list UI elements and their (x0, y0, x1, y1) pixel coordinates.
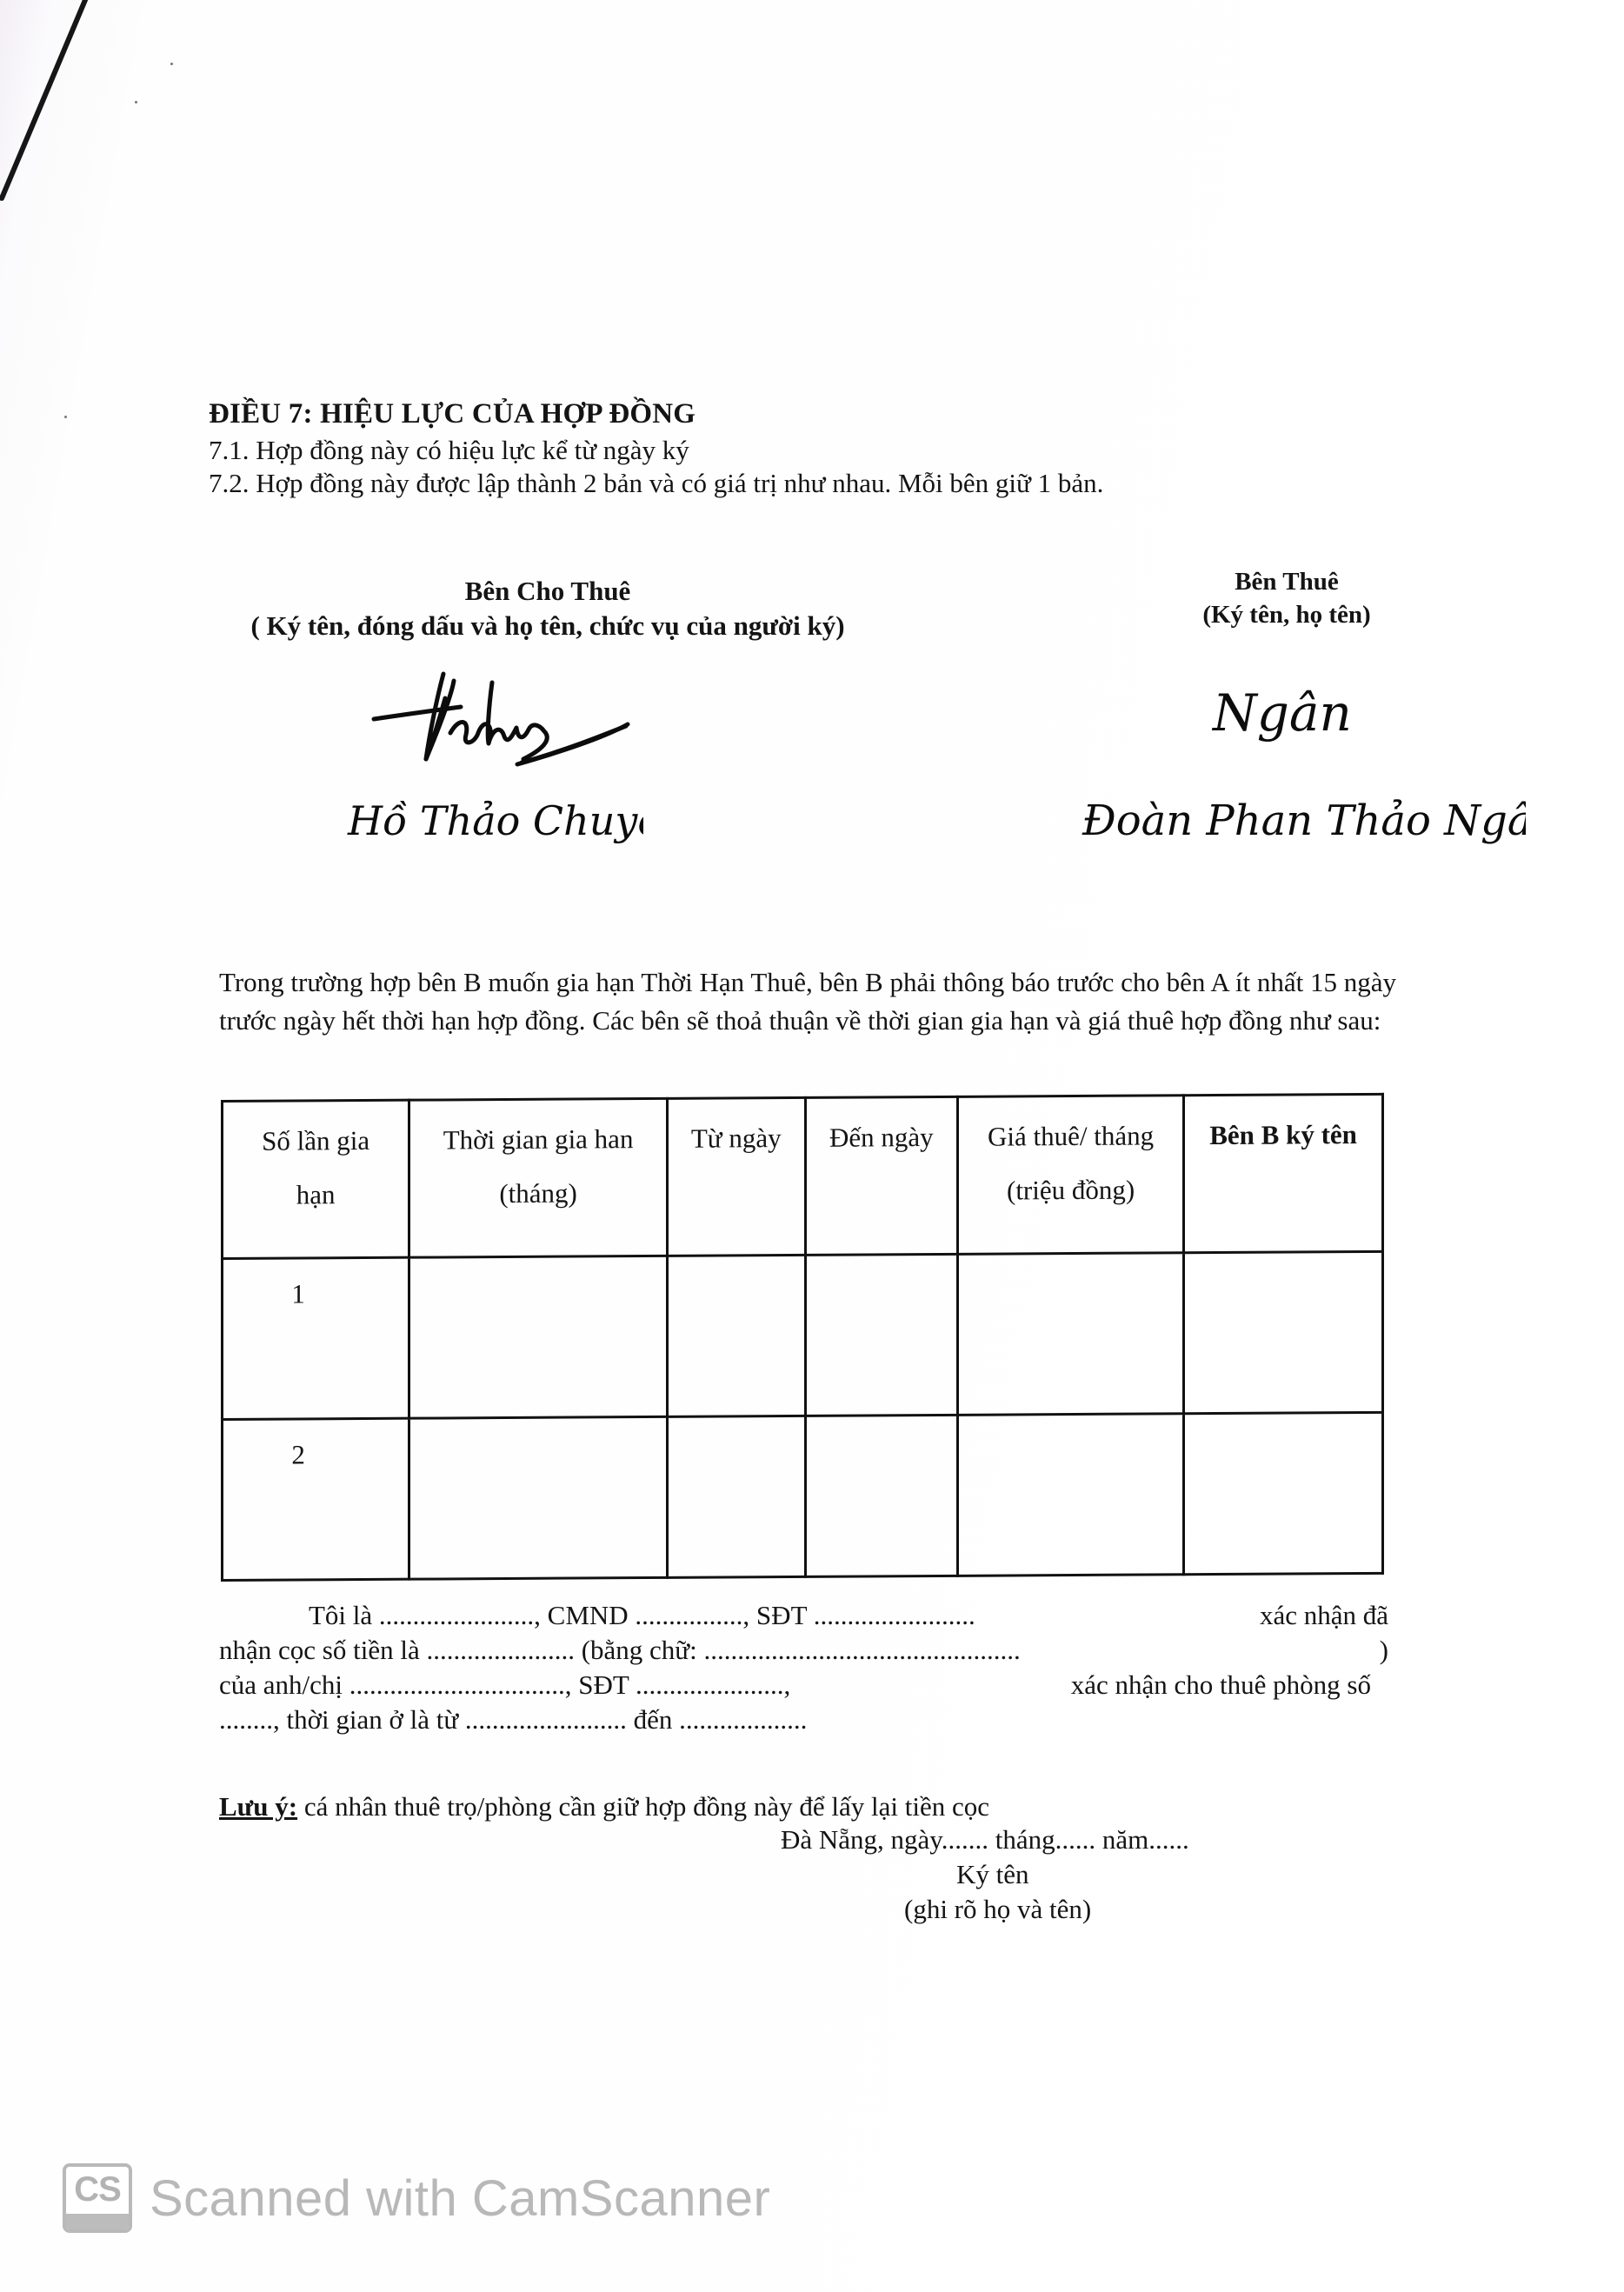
deposit-line-text: ) (1380, 1633, 1388, 1668)
scan-speck (64, 416, 67, 418)
header-text: Số lần gia (229, 1114, 403, 1169)
deposit-line-4: ........, thời gian ở là từ ............… (219, 1702, 1388, 1737)
extension-paragraph: Trong trường hợp bên B muốn gia hạn Thời… (219, 963, 1419, 1040)
deposit-line-text: xác nhận đã (1260, 1598, 1388, 1633)
lessor-handwritten-signature: Hồ Thảo Chuyên (339, 656, 643, 856)
deposit-confirmation: Tôi là ......................., CMND ...… (219, 1598, 1388, 1737)
table-header-row: Số lần gia hạn Thời gian gia han (tháng)… (223, 1094, 1383, 1258)
table-cell (667, 1416, 805, 1577)
table-cell (805, 1254, 957, 1416)
header-text: Giá thuê/ tháng (964, 1109, 1177, 1163)
scan-speck (135, 101, 137, 103)
header-extension-duration: Thời gian gia han (tháng) (409, 1098, 668, 1257)
note-label: Lưu ý: (219, 1791, 297, 1822)
header-monthly-rent: Giá thuê/ tháng (triệu đồng) (958, 1096, 1184, 1255)
row-number: 1 (291, 1276, 305, 1311)
lessee-instruction: (Ký tên, họ tên) (1156, 598, 1417, 631)
note-text: cá nhân thuê trọ/phòng cần giữ hợp đồng … (297, 1791, 989, 1822)
table-cell (667, 1255, 805, 1416)
scan-speck (170, 63, 173, 65)
lessee-signature-block: Bên Thuê (Ký tên, họ tên) (1156, 565, 1417, 631)
header-text: (triệu đồng) (964, 1163, 1177, 1217)
table-cell (805, 1415, 957, 1576)
deposit-line-text: nhận cọc số tiền là ....................… (219, 1633, 1021, 1668)
header-lessee-signature: Bên B ký tên (1184, 1094, 1383, 1252)
lessor-title: Bên Cho Thuê (209, 574, 887, 609)
header-text: Thời gian gia han (416, 1112, 661, 1168)
lessee-signature-mark: Ngân (1211, 683, 1352, 743)
camscanner-logo-bar (66, 2214, 129, 2229)
header-text: Đến ngày (812, 1110, 951, 1165)
lessor-signature-block: Bên Cho Thuê ( Ký tên, đóng dấu và họ tê… (209, 574, 887, 643)
header-from-date: Từ ngày (667, 1097, 805, 1256)
header-extension-count: Số lần gia hạn (223, 1100, 409, 1258)
table-row: 2 (223, 1412, 1383, 1580)
lessee-handwritten-name: Đoàn Phan Thảo Ngân. (1082, 796, 1526, 845)
lessee-handwritten-signature: Ngân Đoàn Phan Thảo Ngân. (1074, 670, 1526, 878)
lessor-instruction: ( Ký tên, đóng dấu và họ tên, chức vụ củ… (209, 609, 887, 643)
closing-sign-label: Ký tên (956, 1859, 1029, 1890)
header-to-date: Đến ngày (805, 1096, 957, 1255)
header-text: (tháng) (416, 1166, 661, 1222)
table-cell (958, 1253, 1184, 1416)
clause-7-2: 7.2. Hợp đồng này được lập thành 2 bản v… (209, 468, 1103, 499)
row-number: 2 (291, 1437, 305, 1472)
article-heading: ĐIỀU 7: HIỆU LỰC CỦA HỢP ĐỒNG (209, 398, 696, 430)
header-text: Bên B ký tên (1190, 1108, 1376, 1163)
lessee-title: Bên Thuê (1156, 565, 1417, 598)
header-text: hạn (229, 1168, 403, 1223)
clause-7-1: 7.1. Hợp đồng này có hiệu lực kể từ ngày… (209, 435, 689, 466)
table-cell: 1 (223, 1257, 409, 1419)
table-cell (1184, 1412, 1383, 1574)
deposit-line-1: Tôi là ......................., CMND ...… (219, 1598, 1388, 1633)
deposit-line-text: của anh/chị ............................… (219, 1668, 790, 1702)
deposit-line-text: xác nhận cho thuê phòng số (1071, 1668, 1371, 1702)
camscanner-watermark: CS Scanned with CamScanner (63, 2163, 770, 2233)
closing-sign-sub: (ghi rõ họ và tên) (904, 1894, 1091, 1925)
closing-place-date: Đà Nẵng, ngày....... tháng...... năm....… (781, 1824, 1189, 1856)
table-cell (958, 1414, 1184, 1576)
deposit-line-3: của anh/chị ............................… (219, 1668, 1388, 1702)
extension-table: Số lần gia hạn Thời gian gia han (tháng)… (221, 1093, 1384, 1582)
note: Lưu ý: cá nhân thuê trọ/phòng cần giữ hợ… (219, 1791, 989, 1822)
watermark-text: Scanned with CamScanner (150, 2169, 770, 2228)
camscanner-logo-text: CS (66, 2170, 129, 2209)
table-row: 1 (223, 1251, 1383, 1419)
deposit-line-2: nhận cọc số tiền là ....................… (219, 1633, 1388, 1668)
table-cell (409, 1416, 668, 1579)
deposit-line-text: Tôi là ......................., CMND ...… (309, 1598, 975, 1633)
table-cell (409, 1256, 668, 1418)
camscanner-logo-icon: CS (63, 2163, 132, 2233)
header-text: Từ ngày (674, 1111, 799, 1166)
page-edge-shadow-line (0, 0, 104, 226)
lessor-handwritten-name: Hồ Thảo Chuyên (347, 797, 643, 844)
table-cell (1184, 1251, 1383, 1413)
scanned-page: ĐIỀU 7: HIỆU LỰC CỦA HỢP ĐỒNG 7.1. Hợp đ… (0, 0, 1624, 2292)
table-cell: 2 (223, 1418, 409, 1580)
